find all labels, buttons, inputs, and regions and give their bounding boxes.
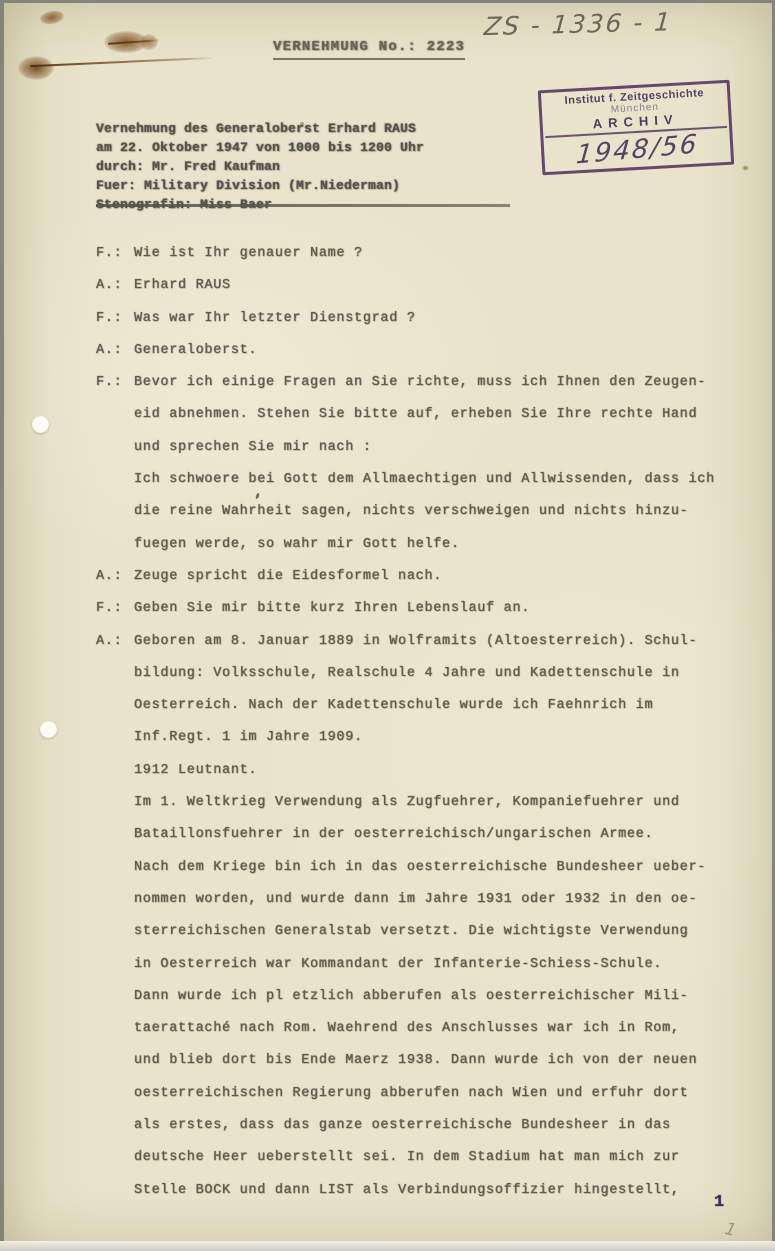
transcript-text: Oesterreich. Nach der Kadettenschule wur… — [134, 698, 653, 713]
punch-hole — [32, 416, 49, 433]
transcript-text: und blieb dort bis Ende Maerz 1938. Dann… — [134, 1053, 697, 1068]
pencil-page-mark: 1 — [723, 1219, 738, 1241]
transcript-text: als erstes, dass das ganze oesterreichis… — [134, 1118, 671, 1133]
paper-sheet: ZS - 1336 - 1 VERNEHMUNG No.: 2223 Insti… — [4, 3, 772, 1241]
document-title: VERNEHMUNG No.: 2223 — [273, 39, 465, 60]
transcript-text: Ich schwoere bei Gott dem Allmaechtigen … — [134, 472, 715, 487]
transcript-line: oesterreichischen Regierung abberufen na… — [96, 1086, 721, 1118]
transcript-text: fuegen werde, so wahr mir Gott helfe. — [134, 537, 460, 552]
transcript-line: F.:Wie ist Ihr genauer Name ? — [96, 246, 721, 278]
paper-speck — [742, 165, 749, 171]
scanned-page: ZS - 1336 - 1 VERNEHMUNG No.: 2223 Insti… — [0, 0, 775, 1251]
transcript-text: Zeuge spricht die Eidesformel nach. — [134, 569, 442, 584]
speaker-label: A.: — [96, 569, 134, 584]
rust-stain — [39, 9, 65, 26]
transcript-line: A.:Generaloberst. — [96, 343, 721, 375]
transcript-text: Was war Ihr letzter Dienstgrad ? — [134, 311, 416, 326]
header-line: Fuer: Military Division (Mr.Niederman) — [96, 176, 526, 195]
transcript-line: nommen worden, und wurde dann im Jahre 1… — [96, 892, 721, 924]
header-line: Vernehmung des Generaloberst Erhard RAUS — [96, 119, 526, 138]
transcript-line: A.:Erhard RAUS — [96, 278, 721, 310]
transcript-line: Stelle BOCK und dann LIST als Verbindung… — [96, 1183, 721, 1215]
transcript-line: F.:Bevor ich einige Fragen an Sie richte… — [96, 375, 721, 407]
transcript-text: Geboren am 8. Januar 1889 in Wolframits … — [134, 634, 697, 649]
transcript-line: und blieb dort bis Ende Maerz 1938. Dann… — [96, 1053, 721, 1085]
transcript-text: Inf.Regt. 1 im Jahre 1909. — [134, 730, 363, 745]
transcript-text: bildung: Volksschule, Realschule 4 Jahre… — [134, 666, 680, 681]
transcript-line: als erstes, dass das ganze oesterreichis… — [96, 1118, 721, 1150]
transcript: F.:Wie ist Ihr genauer Name ?A.:Erhard R… — [96, 246, 721, 1215]
speaker-label: A.: — [96, 634, 134, 649]
transcript-line: sterreichischen Generalstab versetzt. Di… — [96, 924, 721, 956]
transcript-text: Dann wurde ich pl etzlich abberufen als … — [134, 989, 688, 1004]
header-underline — [96, 204, 510, 207]
transcript-text: die reine Wahrheit sagen, nichts verschw… — [134, 504, 688, 519]
transcript-line: Im 1. Weltkrieg Verwendung als Zugfuehre… — [96, 795, 721, 827]
scanner-bed-strip — [0, 1241, 775, 1251]
transcript-line: Bataillonsfuehrer in der oesterreichisch… — [96, 827, 721, 859]
transcript-text: Wie ist Ihr genauer Name ? — [134, 246, 363, 261]
speaker-label: F.: — [96, 246, 134, 261]
transcript-text: Bataillonsfuehrer in der oesterreichisch… — [134, 827, 653, 842]
transcript-text: Erhard RAUS — [134, 278, 231, 293]
transcript-text: taerattaché nach Rom. Waehrend des Ansch… — [134, 1021, 680, 1036]
transcript-line: und sprechen Sie mir nach : — [96, 440, 721, 472]
header-line: durch: Mr. Fred Kaufman — [96, 157, 526, 176]
speaker-label: F.: — [96, 601, 134, 616]
transcript-text: Nach dem Kriege bin ich in das oesterrei… — [134, 860, 706, 875]
transcript-line: Nach dem Kriege bin ich in das oesterrei… — [96, 860, 721, 892]
transcript-line: in Oesterreich war Kommandant der Infant… — [96, 957, 721, 989]
punch-hole — [40, 721, 57, 738]
rust-stain — [18, 56, 54, 80]
transcript-text: eid abnehmen. Stehen Sie bitte auf, erhe… — [134, 407, 697, 422]
speaker-label: A.: — [96, 278, 134, 293]
rust-streak — [30, 57, 214, 68]
speaker-label: F.: — [96, 311, 134, 326]
transcript-line: Inf.Regt. 1 im Jahre 1909. — [96, 730, 721, 762]
transcript-line: bildung: Volksschule, Realschule 4 Jahre… — [96, 666, 721, 698]
transcript-line: F.:Geben Sie mir bitte kurz Ihren Lebens… — [96, 601, 721, 633]
transcript-line: Ich schwoere bei Gott dem Allmaechtigen … — [96, 472, 721, 504]
transcript-text: Im 1. Weltkrieg Verwendung als Zugfuehre… — [134, 795, 680, 810]
transcript-text: Stelle BOCK und dann LIST als Verbindung… — [134, 1183, 680, 1198]
transcript-line: Oesterreich. Nach der Kadettenschule wur… — [96, 698, 721, 730]
transcript-text: und sprechen Sie mir nach : — [134, 440, 372, 455]
archive-stamp: Institut f. Zeitgeschichte München ARCHI… — [538, 80, 734, 176]
page-number: 1 — [714, 1193, 724, 1212]
transcript-text: Generaloberst. — [134, 343, 257, 358]
transcript-text: 1912 Leutnant. — [134, 763, 257, 778]
stamp-accession-number: 1948/56 — [575, 129, 700, 170]
transcript-line: A.:Zeuge spricht die Eidesformel nach. — [96, 569, 721, 601]
transcript-line: 1912 Leutnant. — [96, 763, 721, 795]
transcript-text: in Oesterreich war Kommandant der Infant… — [134, 957, 662, 972]
transcript-line: fuegen werde, so wahr mir Gott helfe. — [96, 537, 721, 569]
transcript-line: die reine Wahrheit sagen, nichts verschw… — [96, 504, 721, 536]
header-line: am 22. Oktober 1947 von 1000 bis 1200 Uh… — [96, 138, 526, 157]
speaker-label: A.: — [96, 343, 134, 358]
transcript-line: deutsche Heer ueberstellt sei. In dem St… — [96, 1150, 721, 1182]
transcript-text: deutsche Heer ueberstellt sei. In dem St… — [134, 1150, 680, 1165]
speaker-label: F.: — [96, 375, 134, 390]
transcript-line: Dann wurde ich pl etzlich abberufen als … — [96, 989, 721, 1021]
transcript-text: Geben Sie mir bitte kurz Ihren Lebenslau… — [134, 601, 530, 616]
transcript-text: nommen worden, und wurde dann im Jahre 1… — [134, 892, 697, 907]
transcript-text: oesterreichischen Regierung abberufen na… — [134, 1086, 688, 1101]
transcript-line: A.:Geboren am 8. Januar 1889 in Wolframi… — [96, 634, 721, 666]
transcript-text: Bevor ich einige Fragen an Sie richte, m… — [134, 375, 706, 390]
transcript-line: eid abnehmen. Stehen Sie bitte auf, erhe… — [96, 407, 721, 439]
archive-reference-handwriting: ZS - 1336 - 1 — [483, 6, 725, 41]
document-header-block: Vernehmung des Generaloberst Erhard RAUS… — [96, 119, 526, 214]
transcript-line: taerattaché nach Rom. Waehrend des Ansch… — [96, 1021, 721, 1053]
transcript-line: F.:Was war Ihr letzter Dienstgrad ? — [96, 311, 721, 343]
transcript-text: sterreichischen Generalstab versetzt. Di… — [134, 924, 688, 939]
